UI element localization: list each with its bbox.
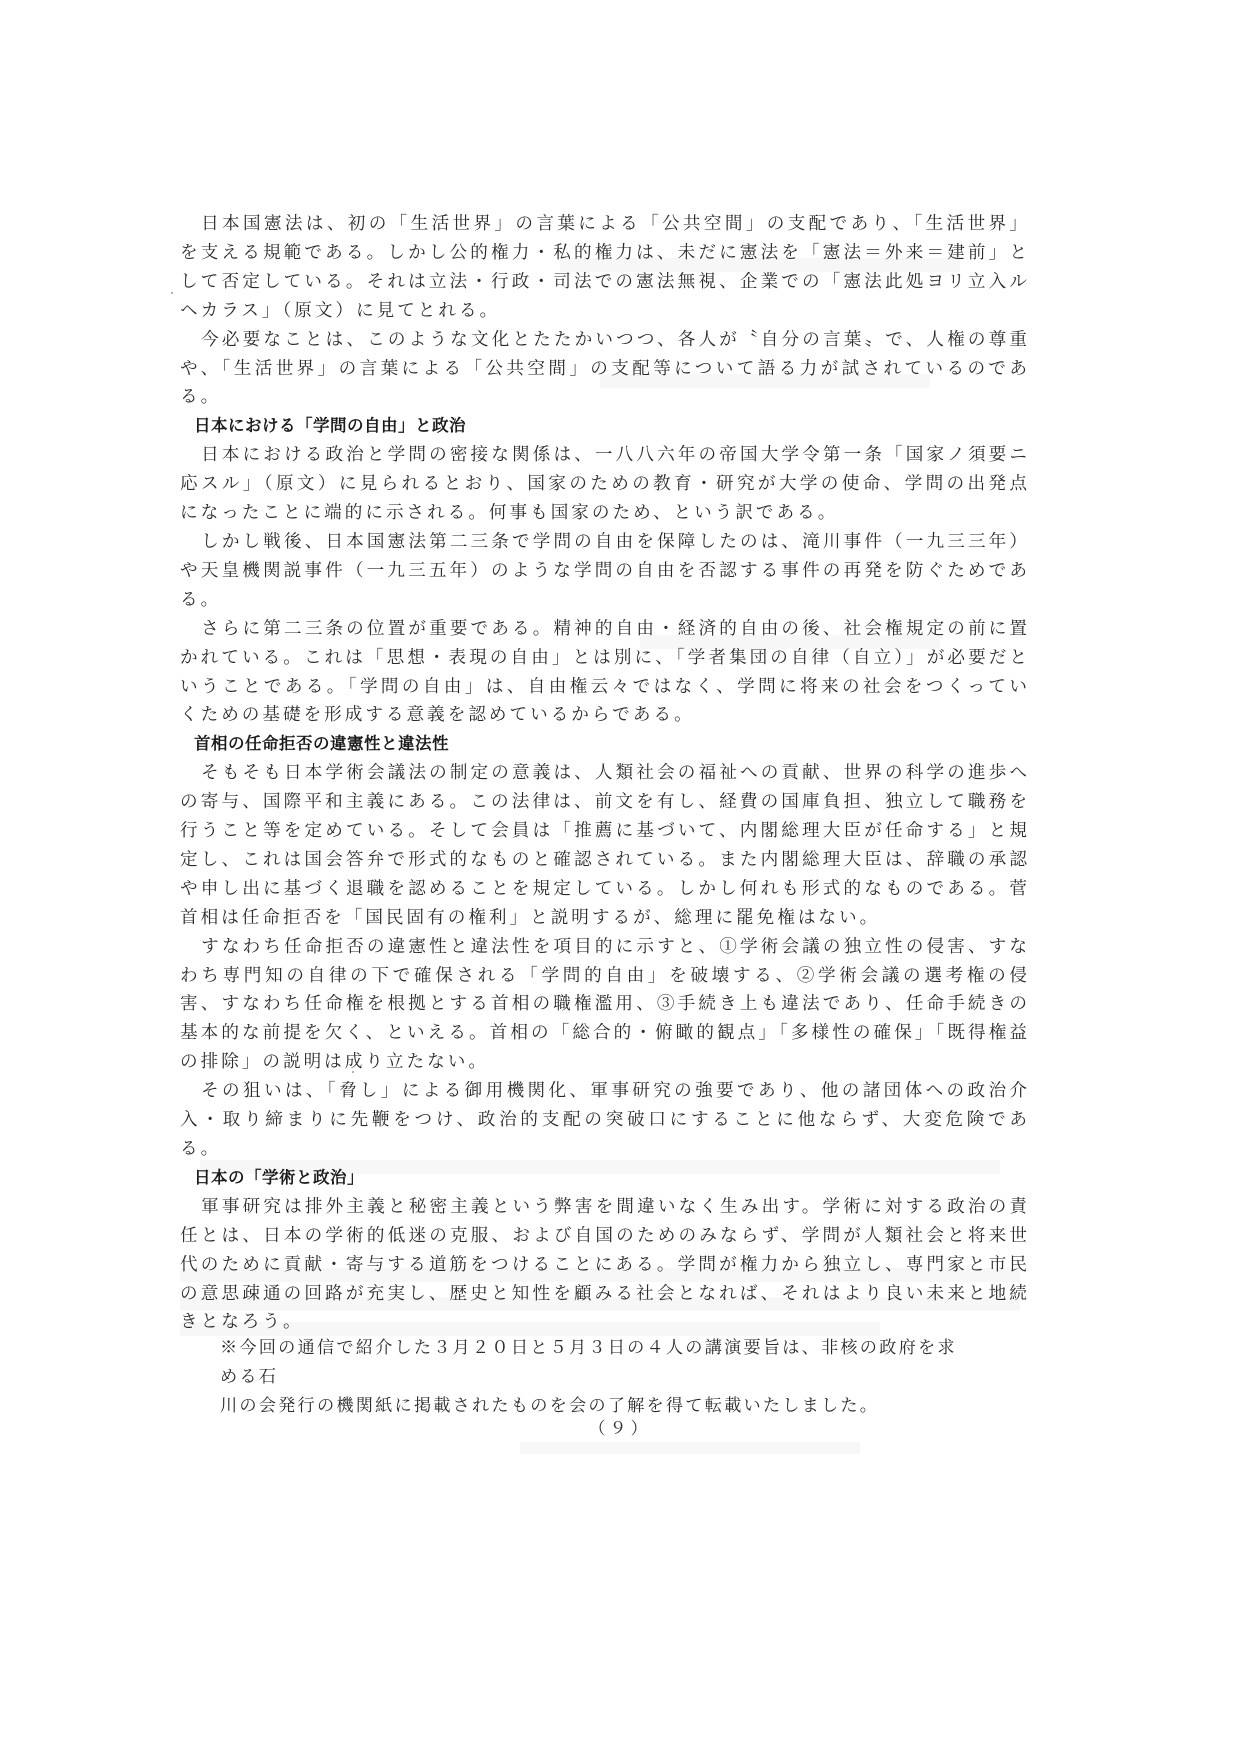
page-number: （９） <box>0 1414 1240 1439</box>
paragraph: そもそも日本学術会議法の制定の意義は、人類社会の福祉への貢献、世界の科学の進歩へ… <box>180 759 1030 932</box>
paragraph: 日本における政治と学問の密接な関係は、一八八六年の帝国大学令第一条「国家ノ須要ニ… <box>180 441 1030 528</box>
paragraph: 軍事研究は排外主義と秘密主義という弊害を間違いなく生み出す。学術に対する政治の責… <box>180 1193 1030 1338</box>
reprint-note: ※今回の通信で紹介した３月２０日と５月３日の４人の講演要旨は、非核の政府を求める… <box>220 1334 960 1421</box>
paragraph: さらに第二三条の位置が重要である。精神的自由・経済的自由の後、社会権規定の前に置… <box>180 615 1030 731</box>
show-through-mark <box>520 1442 860 1454</box>
paragraph: すなわち任命拒否の違憲性と違法性を項目的に示すと、①学術会議の独立性の侵害、すな… <box>180 933 1030 1078</box>
article-body: 日本国憲法は、初の「生活世界」の言葉による「公共空間」の支配であり、「生活世界」… <box>180 210 1030 1337</box>
section-heading: 日本における「学問の自由」と政治 <box>180 412 1030 441</box>
paragraph: 日本国憲法は、初の「生活世界」の言葉による「公共空間」の支配であり、「生活世界」… <box>180 210 1030 326</box>
scan-speck <box>171 292 173 294</box>
section-heading: 首相の任命拒否の違憲性と違法性 <box>180 730 1030 759</box>
paragraph: その狙いは、「脅し」による御用機関化、軍事研究の強要であり、他の諸団体への政治介… <box>180 1077 1030 1164</box>
scanned-page: 日本国憲法は、初の「生活世界」の言葉による「公共空間」の支配であり、「生活世界」… <box>0 0 1240 1755</box>
note-line: ※今回の通信で紹介した３月２０日と５月３日の４人の講演要旨は、非核の政府を求める… <box>220 1334 960 1392</box>
paragraph: 今必要なことは、このような文化とたたかいつつ、各人が〝自分の言葉〟で、人権の尊重… <box>180 326 1030 413</box>
section-heading: 日本の「学術と政治」 <box>180 1164 1030 1193</box>
paragraph: しかし戦後、日本国憲法第二三条で学問の自由を保障したのは、滝川事件（一九三三年）… <box>180 528 1030 615</box>
